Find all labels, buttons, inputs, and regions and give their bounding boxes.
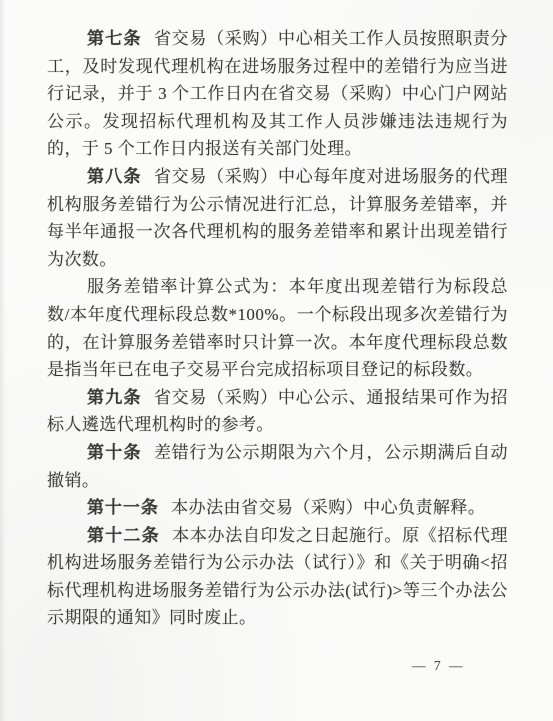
page-number: — 7 — bbox=[412, 658, 465, 674]
paragraph-article-10: 第十条差错行为公示期限为六个月，公示期满后自动撤销。 bbox=[47, 439, 508, 494]
document-body: 第七条省交易（采购）中心相关工作人员按照职责分工，及时发现代理机构在进场服务过程… bbox=[47, 25, 508, 632]
paragraph-article-7: 第七条省交易（采购）中心相关工作人员按照职责分工，及时发现代理机构在进场服务过程… bbox=[47, 25, 508, 163]
paragraph-article-9: 第九条省交易（采购）中心公示、通报结果可作为招标人遴选代理机构时的参考。 bbox=[47, 384, 508, 439]
article-7-text: 省交易（采购）中心相关工作人员按照职责分工，及时发现代理机构在进场服务过程中的差… bbox=[47, 29, 508, 158]
article-11-text: 本办法由省交易（采购）中心负责解释。 bbox=[171, 498, 485, 517]
article-7-label: 第七条 bbox=[87, 29, 142, 48]
paragraph-article-12: 第十二条本本办法自印发之日起施行。原《招标代理机构进场服务差错行为公示办法（试行… bbox=[47, 522, 508, 632]
article-8-label: 第八条 bbox=[87, 167, 142, 186]
paragraph-article-8: 第八条省交易（采购）中心每年度对进场服务的代理机构服务差错行为公示情况进行汇总，… bbox=[47, 163, 508, 273]
article-9-label: 第九条 bbox=[87, 388, 142, 407]
paragraph-error-rate-formula: 服务差错率计算公式为：本年度出现差错行为标段总数/本年度代理标段总数*100%。… bbox=[47, 273, 508, 383]
article-11-label: 第十一条 bbox=[87, 498, 159, 517]
formula-text: 服务差错率计算公式为：本年度出现差错行为标段总数/本年度代理标段总数*100%。… bbox=[47, 277, 508, 379]
scanned-document-page: 第七条省交易（采购）中心相关工作人员按照职责分工，及时发现代理机构在进场服务过程… bbox=[0, 0, 553, 721]
paragraph-article-11: 第十一条本办法由省交易（采购）中心负责解释。 bbox=[47, 494, 508, 522]
article-12-label: 第十二条 bbox=[87, 526, 160, 545]
article-10-label: 第十条 bbox=[87, 443, 142, 462]
